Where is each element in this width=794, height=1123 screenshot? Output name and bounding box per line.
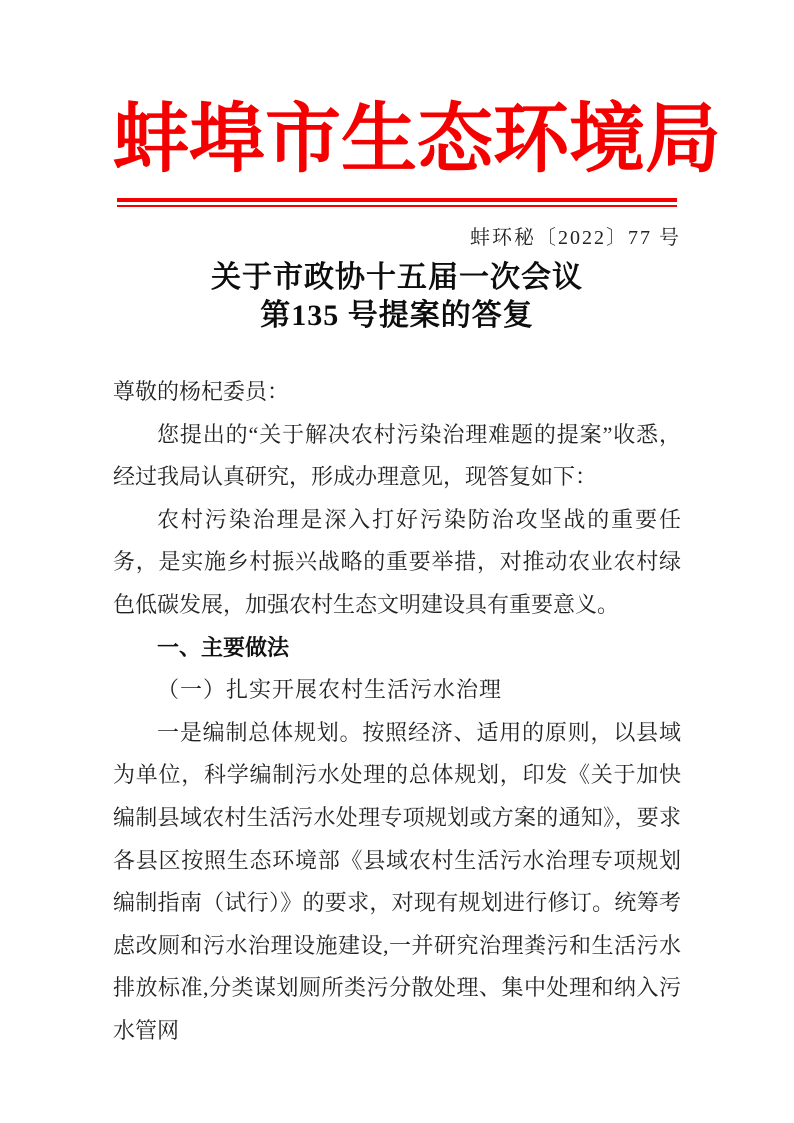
heading-main-measures: 一、主要做法	[113, 627, 681, 670]
doc-number: 蚌环秘〔2022〕77 号	[113, 225, 681, 251]
document-title: 关于市政协十五届一次会议 第135 号提案的答复	[113, 259, 681, 335]
paragraph-measure-planning: 一是编制总体规划。按照经济、适用的原则，以县域为单位，科学编制污水处理的总体规划…	[113, 712, 681, 1053]
title-line-1: 关于市政协十五届一次会议	[113, 259, 681, 297]
agency-name: 蚌埠市生态环境局	[113, 92, 681, 188]
red-rule-thin	[117, 205, 677, 207]
title-line-2: 第135 号提案的答复	[113, 297, 681, 335]
paragraph-significance: 农村污染治理是深入打好污染防治攻坚战的重要任务，是实施乡村振兴战略的重要举措，对…	[113, 499, 681, 627]
document-body: 尊敬的杨杞委员： 您提出的“关于解决农村污染治理难题的提案”收悉，经过我局认真研…	[113, 371, 681, 1053]
red-divider	[117, 198, 677, 207]
heading-sub-sewage-treatment: （一）扎实开展农村生活污水治理	[113, 669, 681, 712]
salutation: 尊敬的杨杞委员：	[113, 371, 681, 414]
paragraph-receipt: 您提出的“关于解决农村污染治理难题的提案”收悉，经过我局认真研究，形成办理意见，…	[113, 414, 681, 499]
official-document-page: 蚌埠市生态环境局 蚌环秘〔2022〕77 号 关于市政协十五届一次会议 第135…	[0, 0, 794, 1123]
